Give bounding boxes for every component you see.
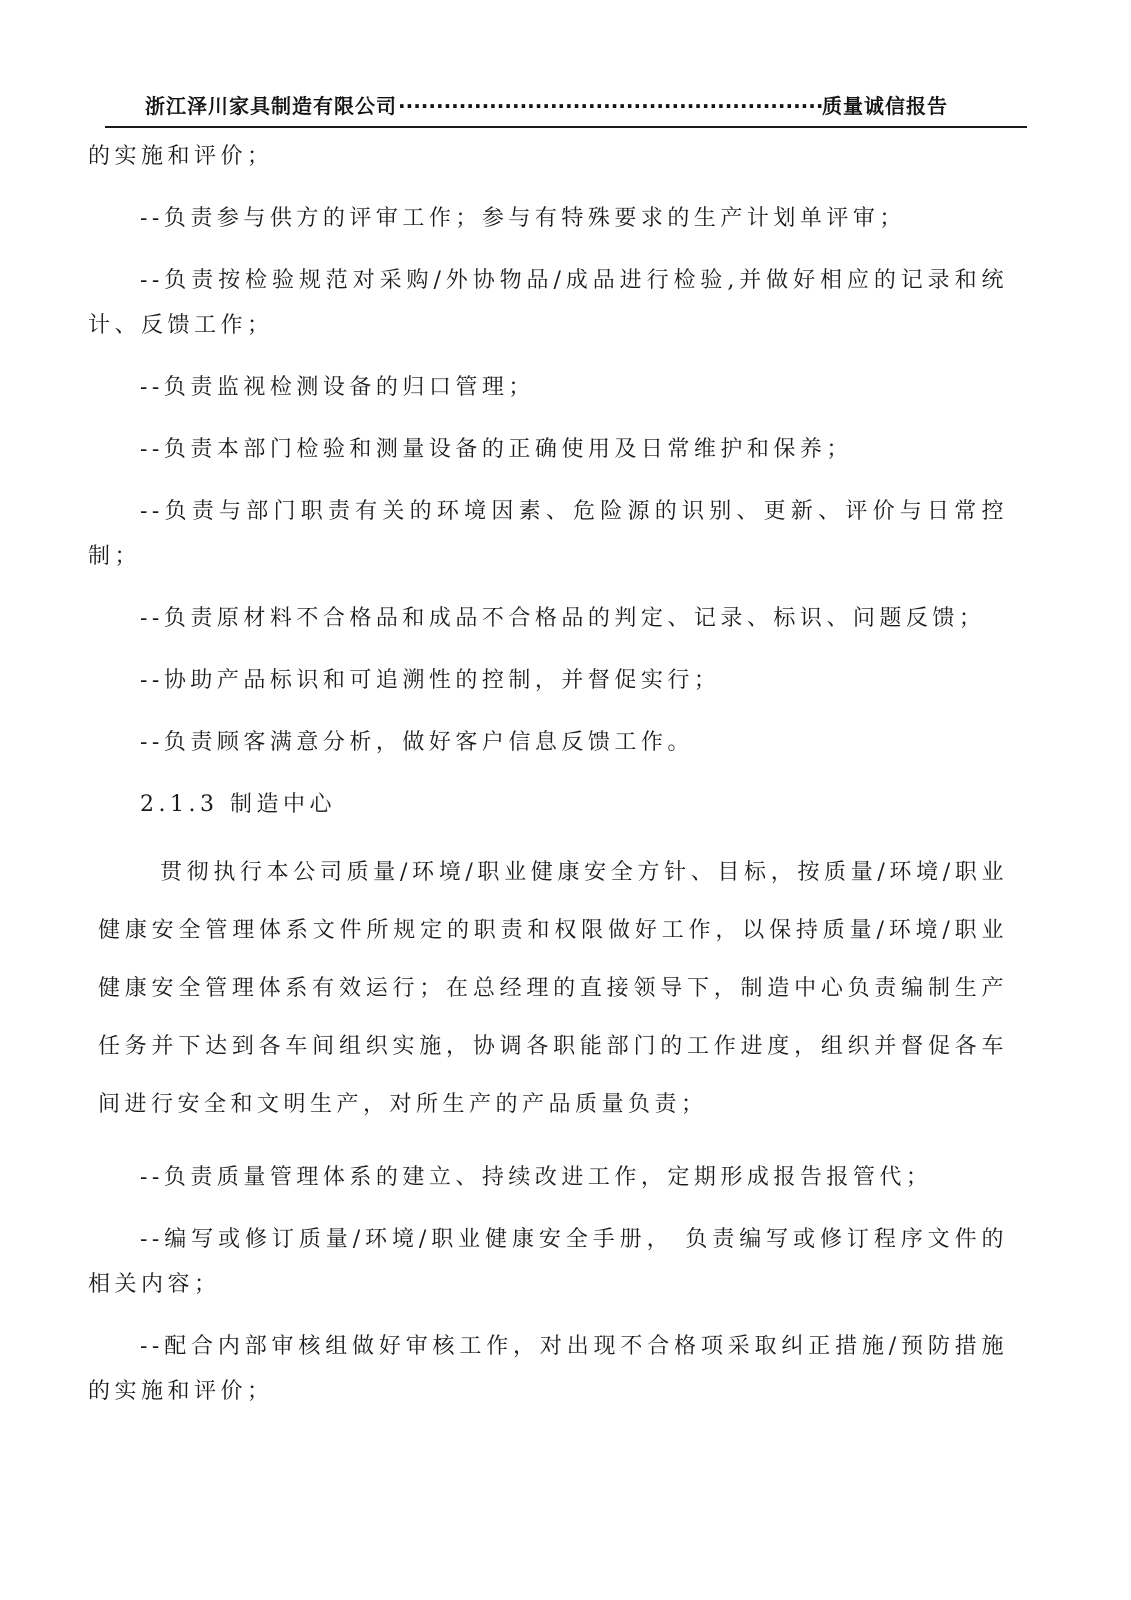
document-page: 浙江泽川家具制造有限公司 ···························… [0, 0, 1131, 1600]
page-header: 浙江泽川家具制造有限公司 ···························… [145, 90, 948, 119]
body-paragraph: --负责原材料不合格品和成品不合格品的判定、记录、标识、问题反馈； [88, 596, 1008, 641]
body-paragraph: --负责监视检测设备的归口管理； [88, 365, 1008, 410]
body-paragraph: --负责顾客满意分析，做好客户信息反馈工作。 [88, 720, 1008, 765]
header-doc-title: 质量诚信报告 [822, 90, 948, 119]
body-paragraph-continuation: 的实施和评价； [88, 134, 1008, 179]
header-divider-line [105, 126, 1027, 128]
body-paragraph: --负责与部门职责有关的环境因素、危险源的识别、更新、评价与日常控制； [88, 489, 1008, 579]
body-paragraph-block: 贯彻执行本公司质量/环境/职业健康安全方针、目标，按质量/环境/职业健康安全管理… [98, 844, 1008, 1134]
body-paragraph: --负责本部门检验和测量设备的正确使用及日常维护和保养； [88, 427, 1008, 472]
body-paragraph: --协助产品标识和可追溯性的控制，并督促实行； [88, 658, 1008, 703]
body-paragraph: --编写或修订质量/环境/职业健康安全手册， 负责编写或修订程序文件的相关内容； [88, 1217, 1008, 1307]
section-heading-2-1-3: 2.1.3 制造中心 [88, 782, 1008, 827]
body-paragraph: --负责按检验规范对采购/外协物品/成品进行检验,并做好相应的记录和统计、反馈工… [88, 258, 1008, 348]
header-dot-leader: ········································… [397, 94, 822, 118]
body-paragraph: --配合内部审核组做好审核工作，对出现不合格项采取纠正措施/预防措施的实施和评价… [88, 1324, 1008, 1414]
header-company-name: 浙江泽川家具制造有限公司 [145, 90, 397, 119]
document-body: 的实施和评价； --负责参与供方的评审工作；参与有特殊要求的生产计划单评审； -… [88, 134, 1008, 1431]
body-paragraph: --负责参与供方的评审工作；参与有特殊要求的生产计划单评审； [88, 196, 1008, 241]
body-paragraph: --负责质量管理体系的建立、持续改进工作，定期形成报告报管代； [88, 1155, 1008, 1200]
